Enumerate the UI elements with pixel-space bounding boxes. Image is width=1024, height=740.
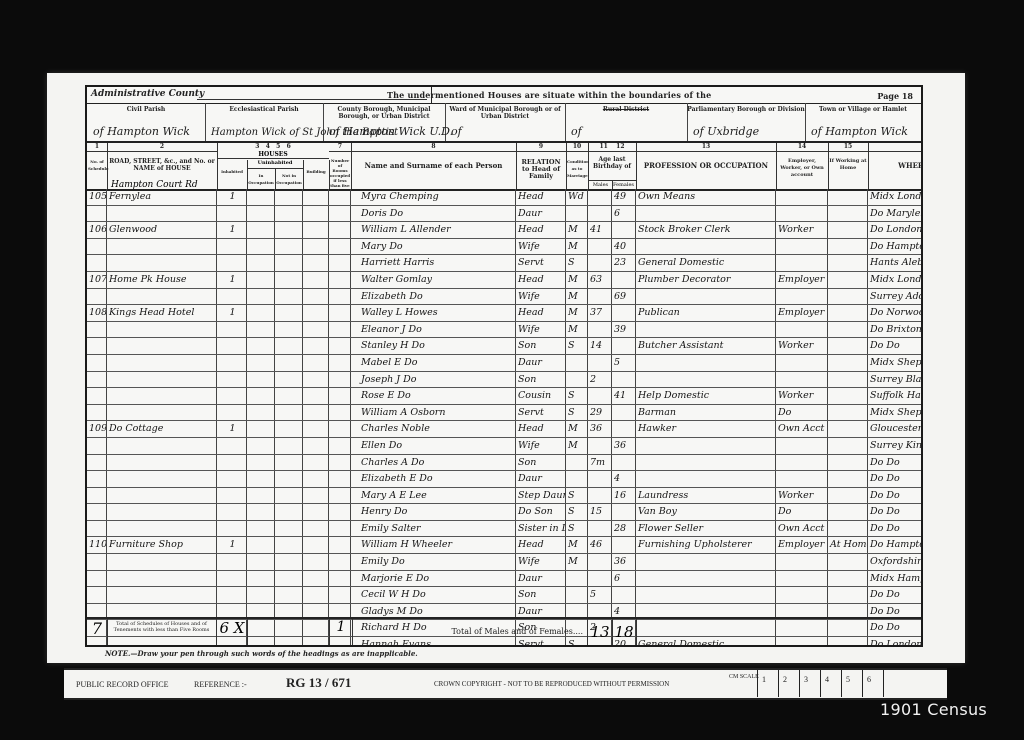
birthplace: Do Do: [868, 504, 923, 520]
marital-condition: S: [566, 521, 588, 537]
census-caption: 1901 Census: [880, 700, 987, 719]
inhabited-mark: 1: [217, 272, 247, 288]
marital-condition: M: [566, 239, 588, 255]
working-at-home: [828, 272, 868, 288]
table-row: 107Home Pk House1Walter GomlayHeadM63Plu…: [87, 272, 921, 289]
form-note: NOTE.—Draw your pen through such words o…: [105, 649, 418, 658]
rooms: [329, 455, 351, 471]
building: [303, 521, 329, 537]
uninhabited-unoccupied: [275, 537, 303, 553]
schedule-number: [87, 571, 107, 587]
uninhabited-occupied: [247, 372, 275, 388]
inhabited-mark: [217, 289, 247, 305]
table-row: Rose E DoCousinS41Help DomesticWorkerSuf…: [87, 388, 921, 405]
civil-parish-label: Civil Parish: [87, 103, 205, 113]
working-at-home: [828, 554, 868, 570]
col-employer: 14 Employer, Worker, or Own account: [776, 143, 829, 189]
age-male: [588, 239, 612, 255]
occupation: Furnishing Upholsterer: [636, 537, 776, 553]
employment-status: [776, 239, 828, 255]
marital-condition: S: [566, 338, 588, 354]
working-at-home: [828, 305, 868, 321]
building: [303, 322, 329, 338]
marital-condition: S: [566, 388, 588, 404]
col-num: 16: [868, 143, 923, 152]
relation: Head: [516, 305, 566, 321]
civil-parish: Civil Parish of Hampton Wick: [87, 103, 206, 141]
building: [303, 222, 329, 238]
house-address: [107, 372, 217, 388]
uninhabited-unoccupied: [275, 571, 303, 587]
inhabited-mark: [217, 488, 247, 504]
ecclesiastical-parish: Ecclesiastical Parish Hampton Wick of St…: [205, 103, 324, 141]
employment-status: [776, 372, 828, 388]
schedule-number: [87, 554, 107, 570]
column-headers: 1 No. of Schedule 2 ROAD, STREET, &c., a…: [87, 143, 921, 191]
col-occupation: 13 PROFESSION OR OCCUPATION: [636, 143, 777, 189]
col-label: Not in Occupation: [275, 169, 303, 186]
birthplace: Suffolk Hadleigh: [868, 388, 923, 404]
house-address: Fernylea: [107, 189, 217, 205]
relation: Servt: [516, 405, 566, 421]
working-at-home: [828, 421, 868, 437]
occupation: [636, 355, 776, 371]
scale-mark: 3: [799, 669, 820, 697]
col-not-in-occupation: Not in Occupation: [275, 169, 304, 189]
occupation: Van Boy: [636, 504, 776, 520]
house-address: [107, 504, 217, 520]
employment-status: [776, 206, 828, 222]
age-female: 4: [612, 471, 636, 487]
age-subheads: MalesFemales: [588, 180, 636, 189]
building: [303, 571, 329, 587]
age-male: 29: [588, 405, 612, 421]
employment-status: Worker: [776, 388, 828, 404]
col-where-born: 16 WHERE BORN: [868, 143, 923, 189]
street-heading: Hampton Court Rd: [107, 181, 217, 189]
scale-mark: 6: [862, 669, 883, 697]
col-label: PROFESSION OR OCCUPATION: [636, 152, 776, 169]
house-address: Furniture Shop: [107, 537, 217, 553]
table-row: 106Glenwood1William L AllenderHeadM41Sto…: [87, 222, 921, 239]
age-female: 6: [612, 206, 636, 222]
working-at-home: [828, 239, 868, 255]
schedule-number: [87, 471, 107, 487]
marital-condition: [566, 587, 588, 603]
house-address: Kings Head Hotel: [107, 305, 217, 321]
schedule-number: 108: [87, 305, 107, 321]
age-female: [612, 421, 636, 437]
relation: Wife: [516, 289, 566, 305]
person-name: Elizabeth Do: [351, 289, 516, 305]
table-row: Doris DoDaur6Do Marylebone: [87, 206, 921, 223]
uninhabited-occupied: [247, 504, 275, 520]
uninhabited-occupied: [247, 388, 275, 404]
total-males: 13: [588, 619, 613, 645]
county-borough-label: County Borough, Municipal Borough, or Ur…: [323, 103, 445, 120]
employment-status: [776, 289, 828, 305]
building: [303, 488, 329, 504]
rooms: [329, 289, 351, 305]
rooms: [329, 305, 351, 321]
age-female: 49: [612, 189, 636, 205]
age-female: 6: [612, 571, 636, 587]
working-at-home: [828, 372, 868, 388]
header-statement: The undermentioned Houses are situate wi…: [387, 90, 711, 100]
inhabited-mark: [217, 554, 247, 570]
relation: Wife: [516, 239, 566, 255]
inhabited-mark: [217, 206, 247, 222]
age-female: [612, 405, 636, 421]
birthplace: Do Marylebone: [868, 206, 923, 222]
inhabited-mark: [217, 338, 247, 354]
uninhabited-unoccupied: [275, 587, 303, 603]
working-at-home: [828, 405, 868, 421]
employment-status: Worker: [776, 488, 828, 504]
rooms: [329, 587, 351, 603]
person-name: Mabel E Do: [351, 355, 516, 371]
age-female: 40: [612, 239, 636, 255]
person-name: Rose E Do: [351, 388, 516, 404]
occupation: [636, 322, 776, 338]
town-village: Town or Village or Hamlet of Hampton Wic…: [805, 103, 921, 141]
cm-scale-label: CM SCALE: [729, 674, 759, 681]
uninhabited-occupied: [247, 239, 275, 255]
occupation: Barman: [636, 405, 776, 421]
working-at-home: [828, 322, 868, 338]
rooms: [329, 571, 351, 587]
working-at-home: [828, 189, 868, 205]
rooms: [329, 322, 351, 338]
jurisdiction-row: Civil Parish of Hampton Wick Ecclesiasti…: [87, 103, 921, 143]
uninhabited-occupied: [247, 289, 275, 305]
town-village-label: Town or Village or Hamlet: [805, 103, 921, 113]
uninhabited-unoccupied: [275, 338, 303, 354]
table-row: Elizabeth DoWifeM69Surrey Addlestone: [87, 289, 921, 306]
birthplace: Surrey Addlestone: [868, 289, 923, 305]
table-row: Charles A DoSon7mDo Do: [87, 455, 921, 472]
ward: Ward of Municipal Borough or of Urban Di…: [445, 103, 566, 141]
houses-group-label: HOUSES: [217, 151, 329, 159]
schedule-number: [87, 488, 107, 504]
employment-status: [776, 438, 828, 454]
col-label: If Working at Home: [828, 152, 868, 172]
uninhabited-occupied: [247, 554, 275, 570]
marital-condition: M: [566, 438, 588, 454]
marital-condition: M: [566, 554, 588, 570]
occupation: [636, 289, 776, 305]
uninhabited-unoccupied: [275, 488, 303, 504]
uninhabited-unoccupied: [275, 405, 303, 421]
schedule-number: [87, 289, 107, 305]
col-label: ROAD, STREET, &c., and No. or NAME of HO…: [107, 152, 217, 172]
col-label: WHERE BORN: [868, 152, 923, 169]
relation: Son: [516, 587, 566, 603]
relation: Sister in Law: [516, 521, 566, 537]
birthplace: Hants Alebury: [868, 255, 923, 271]
inhabited-mark: 1: [217, 305, 247, 321]
occupation: [636, 206, 776, 222]
birthplace: Do Do: [868, 488, 923, 504]
age-male: [588, 255, 612, 271]
occupation: [636, 455, 776, 471]
birthplace: Do Do: [868, 338, 923, 354]
age-male: 7m: [588, 455, 612, 471]
table-row: Mabel E DoDaur5Midx Shepherds Bush: [87, 355, 921, 372]
age-male: 46: [588, 537, 612, 553]
working-at-home: [828, 571, 868, 587]
occupation: General Domestic: [636, 255, 776, 271]
marital-condition: S: [566, 488, 588, 504]
age-male: [588, 471, 612, 487]
age-male: 36: [588, 421, 612, 437]
age-male: 15: [588, 504, 612, 520]
page-number: Page 18: [877, 91, 913, 101]
working-at-home: [828, 255, 868, 271]
marital-condition: M: [566, 421, 588, 437]
person-name: Joseph J Do: [351, 372, 516, 388]
uninhabited-unoccupied: [275, 421, 303, 437]
rooms: [329, 438, 351, 454]
marital-condition: S: [566, 255, 588, 271]
rooms: [329, 222, 351, 238]
uninhabited-unoccupied: [275, 255, 303, 271]
uninhabited-occupied: [247, 322, 275, 338]
table-row: Emily DoWifeM36Oxfordshire Oxford: [87, 554, 921, 571]
col-label: Employer, Worker, or Own account: [776, 152, 828, 179]
inhabited-mark: 1: [217, 537, 247, 553]
birthplace: Do Do: [868, 471, 923, 487]
col-rooms: 7 Number of Rooms occupied if less than …: [329, 143, 352, 189]
rooms: [329, 372, 351, 388]
working-at-home: At Home: [828, 537, 868, 553]
working-at-home: [828, 488, 868, 504]
col-label: In Occupation: [247, 169, 275, 186]
age-male: 63: [588, 272, 612, 288]
employment-status: [776, 189, 828, 205]
house-address: [107, 322, 217, 338]
person-name: Myra Chemping: [351, 189, 516, 205]
working-at-home: [828, 438, 868, 454]
col-num: 14: [776, 143, 828, 152]
uninhabited-unoccupied: [275, 388, 303, 404]
house-address: [107, 255, 217, 271]
rural-district-value: of: [571, 125, 582, 138]
rooms: [329, 537, 351, 553]
building: [303, 504, 329, 520]
employment-status: Own Acct: [776, 521, 828, 537]
marital-condition: M: [566, 272, 588, 288]
col-num: 10: [566, 143, 588, 152]
building: [303, 455, 329, 471]
census-page: Administrative County The undermentioned…: [47, 73, 965, 663]
col-building: Building: [303, 160, 330, 189]
table-row: Elizabeth E DoDaur4Do Do: [87, 471, 921, 488]
birthplace: Do Norwood: [868, 305, 923, 321]
parliamentary-borough-label: Parliamentary Borough or Division: [687, 103, 805, 113]
house-address: Home Pk House: [107, 272, 217, 288]
age-male: 2: [588, 372, 612, 388]
employment-status: [776, 322, 828, 338]
rooms: [329, 388, 351, 404]
marital-condition: [566, 355, 588, 371]
building: [303, 189, 329, 205]
relation: Step Daur: [516, 488, 566, 504]
schedule-number: [87, 372, 107, 388]
footer-band: PUBLIC RECORD OFFICE REFERENCE :- RG 13 …: [64, 668, 947, 700]
age-male: [588, 521, 612, 537]
occupation: [636, 554, 776, 570]
inhabited-mark: [217, 571, 247, 587]
building: [303, 438, 329, 454]
marital-condition: S: [566, 405, 588, 421]
copyright-notice: CROWN COPYRIGHT - NOT TO BE REPRODUCED W…: [434, 680, 669, 688]
birthplace: Do Do: [868, 455, 923, 471]
age-female: [612, 372, 636, 388]
table-row: Stanley H DoSonS14Butcher AssistantWorke…: [87, 338, 921, 355]
schedule-number: [87, 206, 107, 222]
col-working-home: 15 If Working at Home: [828, 143, 869, 189]
age-male: 37: [588, 305, 612, 321]
age-female: 36: [612, 438, 636, 454]
person-name: Stanley H Do: [351, 338, 516, 354]
working-at-home: [828, 471, 868, 487]
uninhabited-unoccupied: [275, 438, 303, 454]
house-address: [107, 239, 217, 255]
working-at-home: [828, 388, 868, 404]
uninhabited-unoccupied: [275, 504, 303, 520]
col-condition: 10 Condition as to Marriage: [566, 143, 589, 189]
birthplace: Midx Shepherds Bush: [868, 405, 923, 421]
person-name: Harriett Harris: [351, 255, 516, 271]
inhabited-mark: 1: [217, 189, 247, 205]
uninhabited-occupied: [247, 471, 275, 487]
house-address: [107, 471, 217, 487]
schedule-number: 109: [87, 421, 107, 437]
col-label: Inhabited: [217, 160, 247, 175]
schedule-number: [87, 388, 107, 404]
town-village-value: of Hampton Wick: [811, 125, 908, 138]
uninhabited-occupied: [247, 355, 275, 371]
uninhabited-occupied: [247, 455, 275, 471]
marital-condition: M: [566, 305, 588, 321]
parliamentary-borough-value: of Uxbridge: [693, 125, 759, 138]
age-female: [612, 338, 636, 354]
age-male: [588, 488, 612, 504]
table-row: Mary A E LeeStep DaurS16LaundressWorkerD…: [87, 488, 921, 505]
parliamentary-borough: Parliamentary Borough or Division of Uxb…: [687, 103, 806, 141]
table-row: Marjorie E DoDaur6Midx Hampton Wick: [87, 571, 921, 588]
form-top-row: Administrative County The undermentioned…: [87, 87, 921, 104]
totals-row: 7 Total of Schedules of Houses and of Te…: [87, 617, 921, 645]
reference-number: RG 13 / 671: [286, 675, 351, 691]
ecclesiastical-parish-label: Ecclesiastical Parish: [205, 103, 323, 113]
building: [303, 272, 329, 288]
working-at-home: [828, 587, 868, 603]
occupation: Publican: [636, 305, 776, 321]
inhabited-mark: [217, 239, 247, 255]
birthplace: Oxfordshire Oxford: [868, 554, 923, 570]
person-name: Eleanor J Do: [351, 322, 516, 338]
house-address: [107, 488, 217, 504]
age-female: 23: [612, 255, 636, 271]
person-name: Mary Do: [351, 239, 516, 255]
working-at-home: [828, 355, 868, 371]
inhabited-mark: [217, 405, 247, 421]
inhabited-mark: [217, 322, 247, 338]
person-name: Emily Do: [351, 554, 516, 570]
relation: Son: [516, 338, 566, 354]
working-at-home: [828, 206, 868, 222]
house-address: [107, 438, 217, 454]
birthplace: Do Do: [868, 587, 923, 603]
rooms: [329, 405, 351, 421]
marital-condition: [566, 471, 588, 487]
uninhabited-unoccupied: [275, 305, 303, 321]
age-female: 69: [612, 289, 636, 305]
house-address: [107, 455, 217, 471]
marital-condition: S: [566, 504, 588, 520]
house-address: [107, 355, 217, 371]
relation: Son: [516, 455, 566, 471]
building: [303, 554, 329, 570]
building: [303, 289, 329, 305]
scale-mark: [883, 669, 947, 697]
age-male: 14: [588, 338, 612, 354]
age-female: [612, 537, 636, 553]
age-male: [588, 554, 612, 570]
occupation: [636, 471, 776, 487]
reference-label: REFERENCE :-: [194, 680, 247, 689]
relation: Wife: [516, 438, 566, 454]
age-male: [588, 189, 612, 205]
rooms: [329, 421, 351, 437]
relation: Daur: [516, 571, 566, 587]
uninhabited-occupied: [247, 438, 275, 454]
rooms: [329, 206, 351, 222]
scale-mark: 1: [757, 669, 778, 697]
total-rooms: 1: [329, 619, 353, 645]
person-name: Charles A Do: [351, 455, 516, 471]
uninhabited-occupied: [247, 189, 275, 205]
building: [303, 338, 329, 354]
table-row: Emily SalterSister in LawS28Flower Selle…: [87, 521, 921, 538]
col-num: 7: [329, 143, 351, 152]
uninhabited-unoccupied: [275, 189, 303, 205]
uninhabited-occupied: [247, 587, 275, 603]
person-name: Emily Salter: [351, 521, 516, 537]
person-name: Elizabeth E Do: [351, 471, 516, 487]
person-name: William A Osborn: [351, 405, 516, 421]
rooms: [329, 488, 351, 504]
relation: Head: [516, 537, 566, 553]
uninhabited-occupied: [247, 305, 275, 321]
total-houses: 6 X: [217, 619, 248, 645]
house-address: [107, 289, 217, 305]
building: [303, 355, 329, 371]
occupation: Stock Broker Clerk: [636, 222, 776, 238]
schedule-number: 110: [87, 537, 107, 553]
employment-status: [776, 355, 828, 371]
schedule-number: [87, 504, 107, 520]
record-office: PUBLIC RECORD OFFICE: [76, 680, 168, 689]
age-female: [612, 504, 636, 520]
inhabited-mark: 1: [217, 222, 247, 238]
rooms: [329, 554, 351, 570]
house-address: [107, 388, 217, 404]
uninhabited-unoccupied: [275, 222, 303, 238]
schedule-number: 106: [87, 222, 107, 238]
